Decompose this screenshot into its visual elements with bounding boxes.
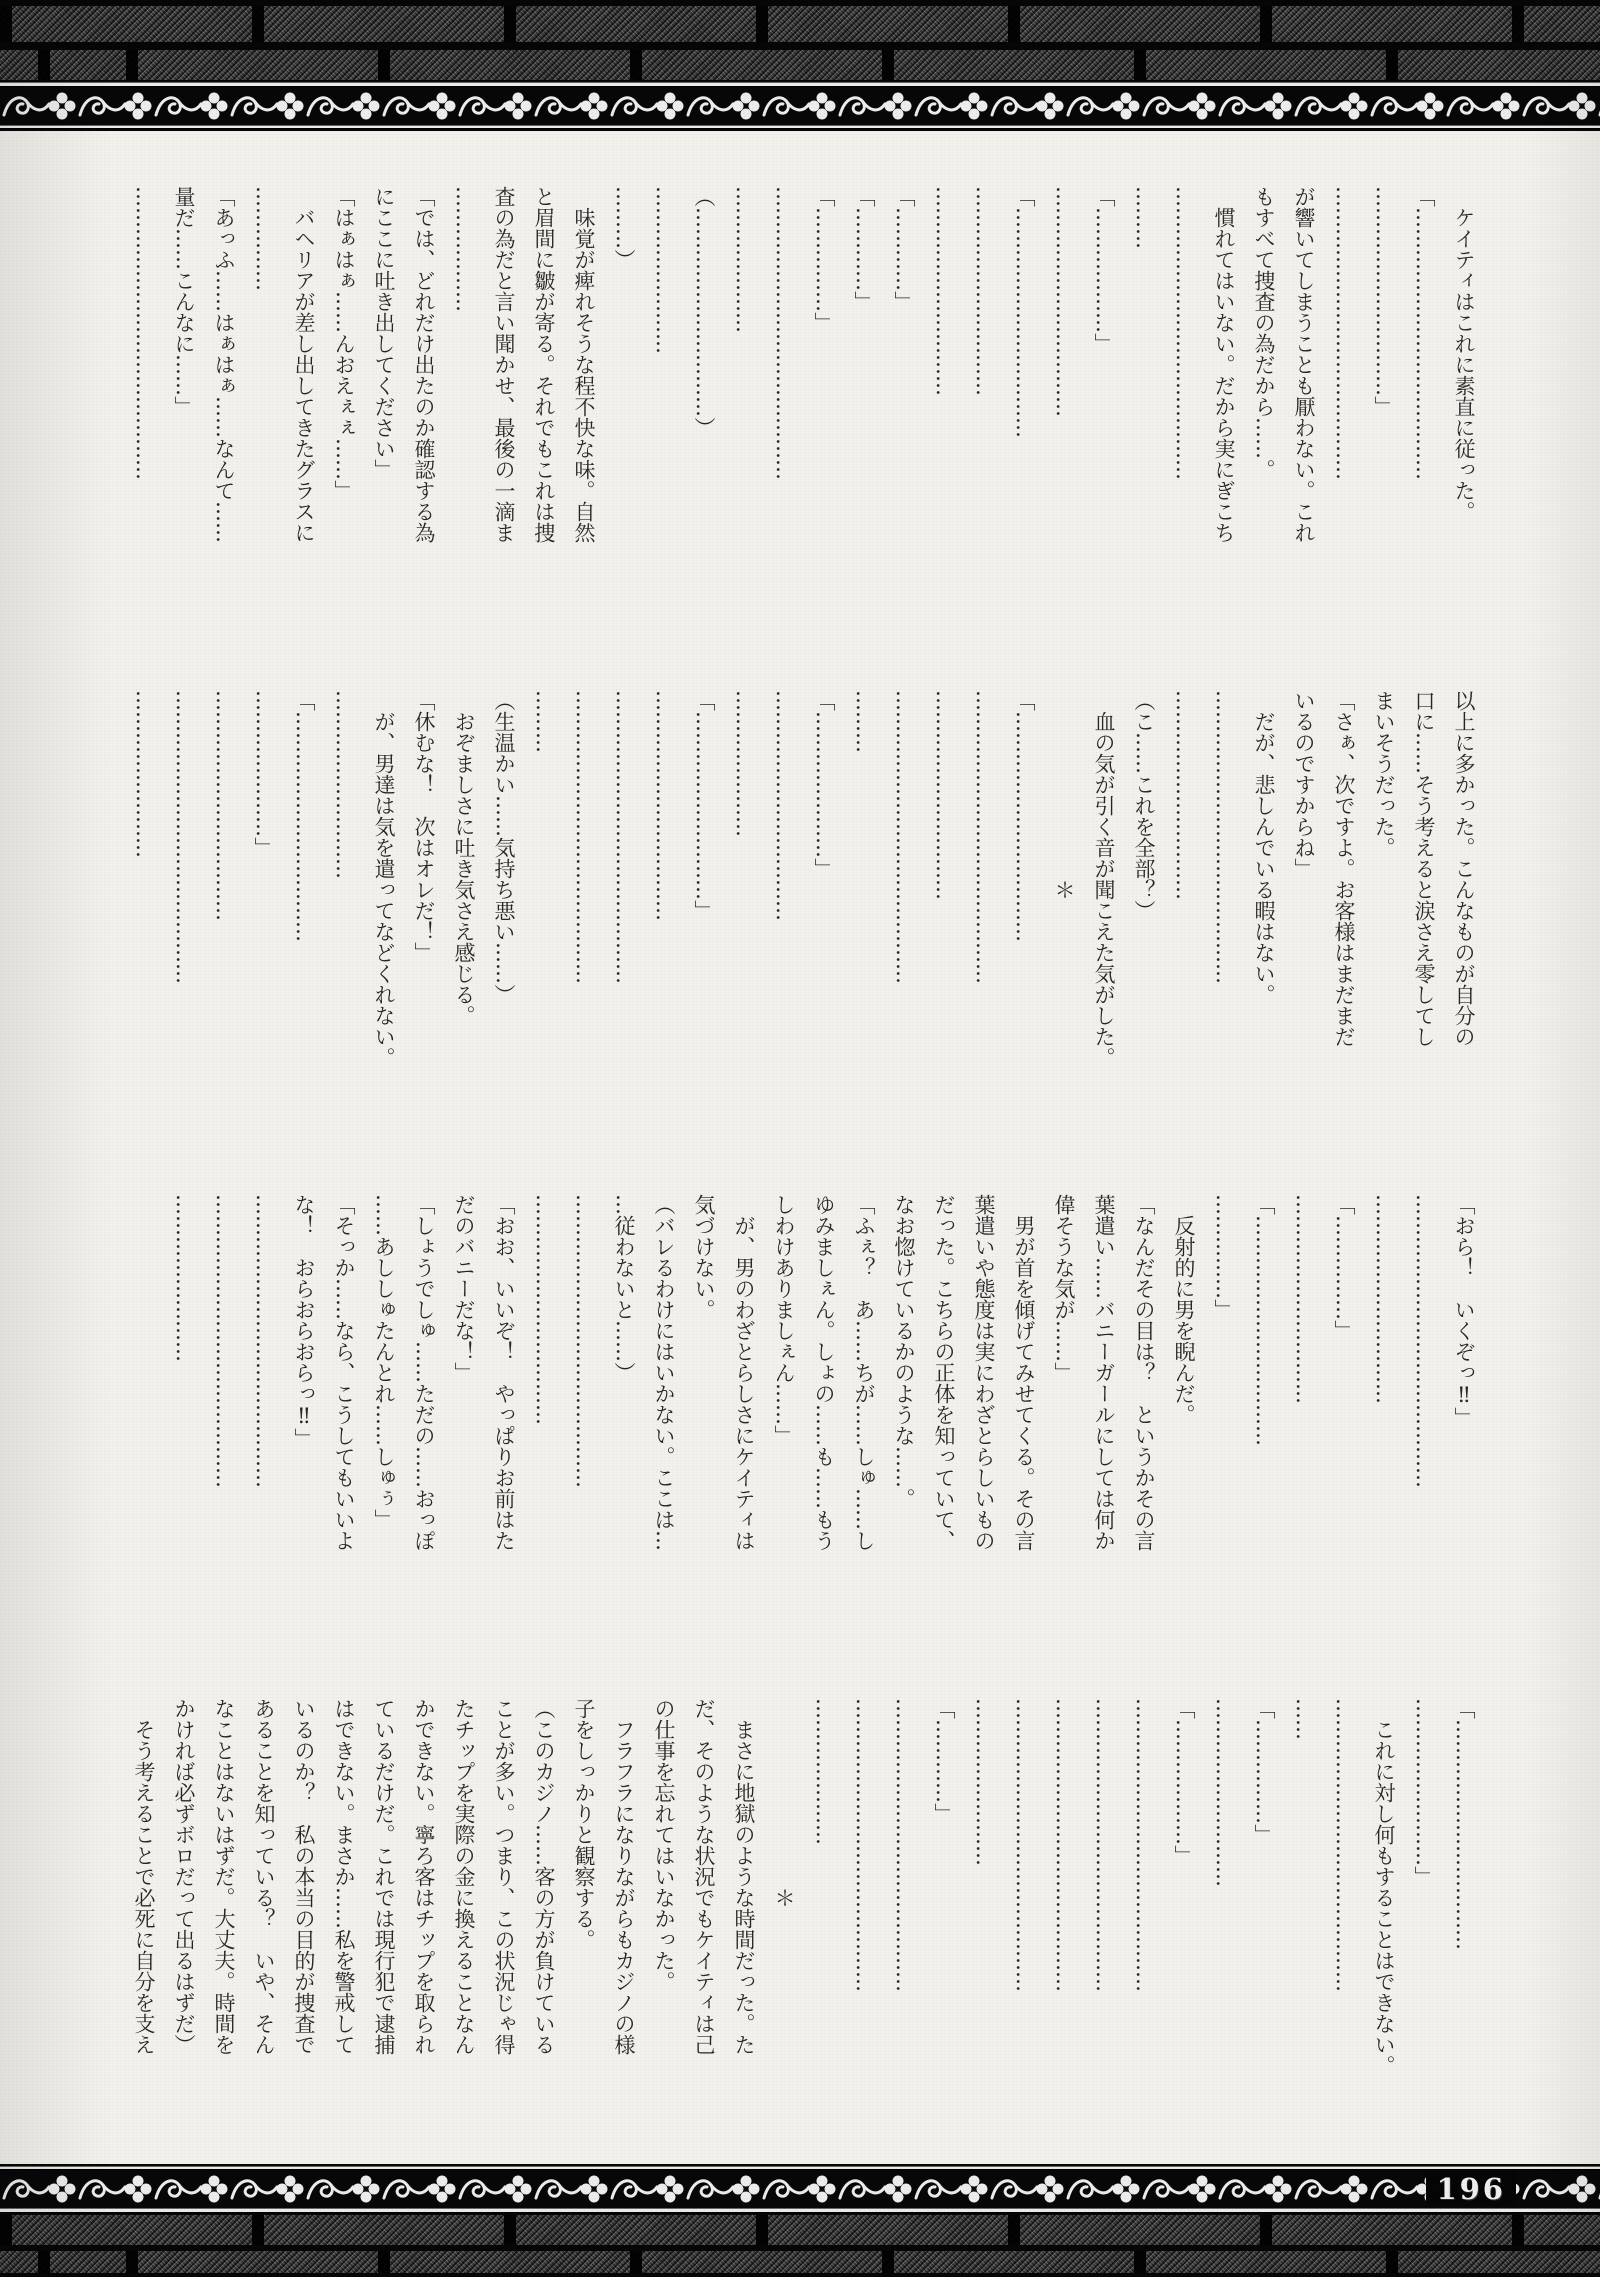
flower-scroll-icon xyxy=(1596,2172,1600,2206)
flower-scroll-icon xyxy=(152,89,228,123)
flower-scroll-icon xyxy=(1520,89,1596,123)
flower-scroll-icon xyxy=(380,2172,456,2206)
flower-scroll-icon xyxy=(1216,2172,1292,2206)
floral-ornament-border: 196 xyxy=(0,2170,1600,2208)
page-number: 196 xyxy=(1426,2172,1516,2206)
flower-scroll-icon xyxy=(228,89,304,123)
flower-scroll-icon xyxy=(152,2172,228,2206)
flower-scroll-icon xyxy=(76,89,152,123)
flower-scroll-icon xyxy=(608,89,684,123)
top-decorative-border xyxy=(0,0,1600,131)
mortar-gap xyxy=(0,42,1600,50)
flower-scroll-icon xyxy=(1064,89,1140,123)
flower-scroll-icon xyxy=(1140,2172,1216,2206)
flower-scroll-icon xyxy=(684,89,760,123)
flower-scroll-icon xyxy=(532,2172,608,2206)
flower-scroll-icon xyxy=(456,89,532,123)
flower-scroll-icon xyxy=(0,2172,76,2206)
text-band-4: 「…………………………… ……………………」 これに対し何もすることはできない。… xyxy=(112,1698,1484,2156)
border-edge xyxy=(0,129,1600,131)
brick-pattern-row xyxy=(0,2251,1600,2273)
flower-scroll-icon xyxy=(988,2172,1064,2206)
text-band-2: 以上に多かった。こんなものが自分の 口に……そう考えると涙さえ零してし まいそう… xyxy=(112,690,1484,1148)
flower-scroll-icon xyxy=(1292,2172,1368,2206)
flower-scroll-icon xyxy=(380,89,456,123)
flower-scroll-icon xyxy=(456,2172,532,2206)
flower-scroll-icon xyxy=(608,2172,684,2206)
flower-scroll-icon xyxy=(1216,89,1292,123)
flower-scroll-icon xyxy=(228,2172,304,2206)
scanned-novel-page: ケイティはこれに素直に従った。 「………………………………… ………………………… xyxy=(0,0,1600,2277)
flower-scroll-icon xyxy=(760,89,836,123)
flower-scroll-icon xyxy=(0,89,76,123)
flower-scroll-icon xyxy=(1292,89,1368,123)
flower-scroll-icon xyxy=(76,2172,152,2206)
brick-pattern-row xyxy=(0,2215,1600,2245)
flower-scroll-icon xyxy=(304,2172,380,2206)
brick-pattern-row xyxy=(0,6,1600,42)
flower-scroll-icon xyxy=(1520,2172,1596,2206)
brick-pattern-row xyxy=(0,50,1600,80)
flower-scroll-icon xyxy=(1596,89,1600,123)
flower-scroll-icon xyxy=(760,2172,836,2206)
flower-scroll-icon xyxy=(1368,89,1444,123)
border-edge xyxy=(0,2273,1600,2277)
flower-scroll-icon xyxy=(912,2172,988,2206)
bottom-decorative-border: 196 xyxy=(0,2164,1600,2277)
floral-ornament-border xyxy=(0,87,1600,125)
flower-scroll-icon xyxy=(836,2172,912,2206)
flower-scroll-icon xyxy=(988,89,1064,123)
text-band-3: 「おら！ いくぞっ‼」 …………………………………… ………………………… 「…… xyxy=(112,1194,1484,1652)
text-band-1: ケイティはこれに素直に従った。 「………………………………… ………………………… xyxy=(112,186,1484,644)
flower-scroll-icon xyxy=(304,89,380,123)
flower-scroll-icon xyxy=(836,89,912,123)
flower-scroll-icon xyxy=(684,2172,760,2206)
flower-scroll-icon xyxy=(912,89,988,123)
flower-scroll-icon xyxy=(1444,89,1520,123)
flower-scroll-icon xyxy=(1064,2172,1140,2206)
flower-scroll-icon xyxy=(1140,89,1216,123)
flower-scroll-icon xyxy=(532,89,608,123)
